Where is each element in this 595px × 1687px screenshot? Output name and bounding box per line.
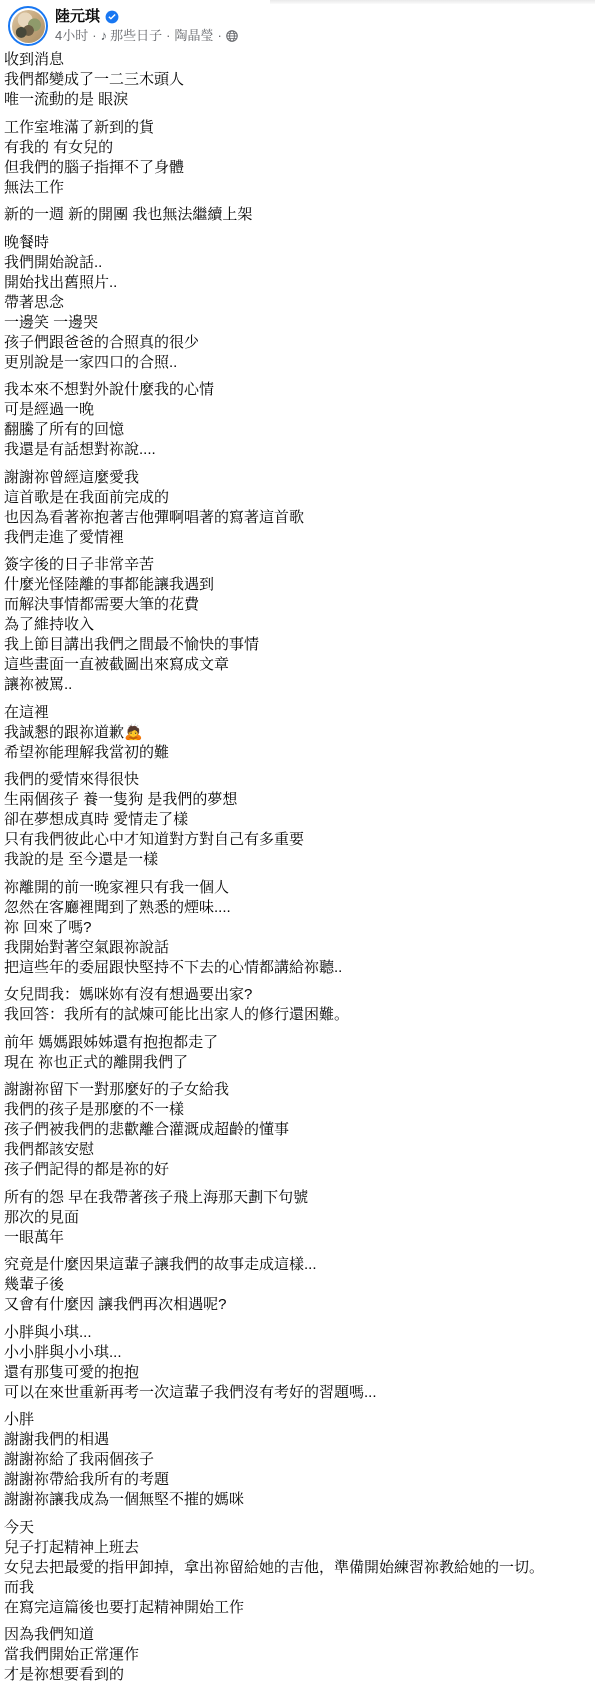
post-line: 而解決事情都需要大筆的花費	[4, 595, 591, 615]
post-line: 我們走進了愛情裡	[4, 528, 591, 548]
author-name[interactable]: 陸元琪	[55, 7, 100, 26]
post-line: 那次的見面	[4, 1208, 591, 1228]
post-line: 有我的 有女兒的	[4, 138, 591, 158]
post-line: 孩子們被我們的悲歡離合灌溉成超齡的懂事	[4, 1120, 591, 1140]
post-header: 陸元琪 4小时 · ♪ 那些日子 · 陶晶瑩 ·	[0, 0, 595, 46]
post-line: 祢離開的前一晚家裡只有我一個人	[4, 878, 591, 898]
post-line: 幾輩子後	[4, 1275, 591, 1295]
post-line: 我還是有話想對祢說....	[4, 440, 591, 460]
post-paragraph: 工作室堆滿了新到的貨有我的 有女兒的但我們的腦子指揮不了身體無法工作	[4, 118, 591, 198]
post-paragraph: 新的一週 新的開團 我也無法繼續上架	[4, 205, 591, 225]
post-paragraph: 謝謝祢曾經這麼愛我這首歌是在我面前完成的也因為看著祢抱著吉他彈啊唱著的寫著這首歌…	[4, 468, 591, 548]
post-line: 我們都變成了一二三木頭人	[4, 70, 591, 90]
avatar-photo	[12, 10, 45, 43]
post-line: 而我	[4, 1578, 591, 1598]
author-name-row: 陸元琪	[55, 7, 238, 26]
post-line: 謝謝我們的相遇	[4, 1430, 591, 1450]
post-line: 我說的是 至今還是一樣	[4, 850, 591, 870]
post-line: 又會有什麼因 讓我們再次相遇呢?	[4, 1295, 591, 1315]
music-note-icon: ♪	[101, 27, 108, 44]
post-line: 我回答：我所有的試煉可能比出家人的修行還困難。	[4, 1005, 591, 1025]
post-line: 女兒去把最愛的指甲卸掉，拿出祢留給她的吉他，準備開始練習祢教給她的一切。	[4, 1558, 591, 1578]
post-line: 忽然在客廳裡聞到了熟悉的煙味....	[4, 898, 591, 918]
post-line: 無法工作	[4, 178, 591, 198]
post-line: 卻在夢想成真時 愛情走了樣	[4, 810, 591, 830]
post-line: 唯一流動的是 眼淚	[4, 90, 591, 110]
post-line: 希望祢能理解我當初的難	[4, 743, 591, 763]
post-line: 讓祢被罵..	[4, 675, 591, 695]
post-line: 我們開始說話..	[4, 253, 591, 273]
post-line: 生兩個孩子 養一隻狗 是我們的夢想	[4, 790, 591, 810]
post-line: 我開始對著空氣跟祢說話	[4, 938, 591, 958]
post-line: 因為我們知道	[4, 1625, 591, 1645]
post-line: 在這裡	[4, 703, 591, 723]
post-line: 帶著思念	[4, 293, 591, 313]
post-line: 謝謝祢帶給我所有的考題	[4, 1470, 591, 1490]
post-line: 小小胖與小小琪...	[4, 1343, 591, 1363]
post-line: 兒子打起精神上班去	[4, 1538, 591, 1558]
cropped-element-edge	[270, 0, 595, 4]
post-line: 前年 媽媽跟姊姊還有抱抱都走了	[4, 1033, 591, 1053]
meta-separator: ·	[92, 27, 96, 44]
meta-separator: ·	[217, 27, 221, 44]
post-line: 更別說是一家四口的合照..	[4, 353, 591, 373]
post-paragraph: 女兒問我：媽咪妳有沒有想過要出家?我回答：我所有的試煉可能比出家人的修行還困難。	[4, 985, 591, 1025]
post-line: 我誠懇的跟祢道歉🙇	[4, 723, 591, 743]
post-paragraph: 今天兒子打起精神上班去女兒去把最愛的指甲卸掉，拿出祢留給她的吉他，準備開始練習祢…	[4, 1518, 591, 1618]
post-paragraph: 謝謝祢留下一對那麼好的子女給我我們的孩子是那麼的不一樣孩子們被我們的悲歡離合灌溉…	[4, 1080, 591, 1180]
post-line: 今天	[4, 1518, 591, 1538]
globe-icon	[226, 30, 238, 42]
post-paragraph: 收到消息我們都變成了一二三木頭人唯一流動的是 眼淚	[4, 50, 591, 110]
post-line: 謝謝祢給了我兩個孩子	[4, 1450, 591, 1470]
post-paragraph: 我本來不想對外說什麼我的心情可是經過一晚翻騰了所有的回憶我還是有話想對祢說...…	[4, 380, 591, 460]
post-line: 我上節目講出我們之間最不愉快的事情	[4, 635, 591, 655]
post-paragraph: 所有的怨 早在我帶著孩子飛上海那天劃下句號那次的見面一眼萬年	[4, 1188, 591, 1248]
post-line: 謝謝祢曾經這麼愛我	[4, 468, 591, 488]
post-line: 小胖	[4, 1410, 591, 1430]
post-line: 所有的怨 早在我帶著孩子飛上海那天劃下句號	[4, 1188, 591, 1208]
post-line: 究竟是什麼因果這輩子讓我們的故事走成這樣...	[4, 1255, 591, 1275]
post-line: 還有那隻可愛的抱抱	[4, 1363, 591, 1383]
post-line: 新的一週 新的開團 我也無法繼續上架	[4, 205, 591, 225]
post-line: 謝謝祢讓我成為一個無堅不摧的媽咪	[4, 1490, 591, 1510]
post-line: 只有我們彼此心中才知道對方對自己有多重要	[4, 830, 591, 850]
post-line: 為了維持收入	[4, 615, 591, 635]
post-line: 當我們開始正常運作	[4, 1645, 591, 1665]
post-line: 但我們的腦子指揮不了身體	[4, 158, 591, 178]
timestamp[interactable]: 4小时	[55, 27, 88, 44]
post-line: 開始找出舊照片..	[4, 273, 591, 293]
post-line: 我本來不想對外說什麼我的心情	[4, 380, 591, 400]
post-line: 這些畫面一直被截圖出來寫成文章	[4, 655, 591, 675]
post-line: 一邊笑 一邊哭	[4, 313, 591, 333]
post-line: 可以在來世重新再考一次這輩子我們沒有考好的習題嗎...	[4, 1383, 591, 1403]
post-meta: 4小时 · ♪ 那些日子 · 陶晶瑩 ·	[55, 27, 238, 44]
post-paragraph: 小胖謝謝我們的相遇謝謝祢給了我兩個孩子謝謝祢帶給我所有的考題謝謝祢讓我成為一個無…	[4, 1410, 591, 1510]
post-line: 孩子們記得的都是祢的好	[4, 1160, 591, 1180]
verified-badge-icon	[105, 10, 119, 24]
post-line: 這首歌是在我面前完成的	[4, 488, 591, 508]
post-line: 可是經過一晚	[4, 400, 591, 420]
post-line: 才是祢想要看到的	[4, 1665, 591, 1685]
post-line: 收到消息	[4, 50, 591, 70]
post-line: 把這些年的委屈跟快堅持不下去的心情都講給祢聽..	[4, 958, 591, 978]
music-title[interactable]: 那些日子	[110, 27, 162, 44]
post-line: 女兒問我：媽咪妳有沒有想過要出家?	[4, 985, 591, 1005]
post-line: 小胖與小琪...	[4, 1323, 591, 1343]
post-line: 祢 回來了嗎?	[4, 918, 591, 938]
post-line: 現在 祢也正式的離開我們了	[4, 1053, 591, 1073]
post-paragraph: 因為我們知道當我們開始正常運作才是祢想要看到的	[4, 1625, 591, 1685]
post-line: 一眼萬年	[4, 1228, 591, 1248]
post-line: 晚餐時	[4, 233, 591, 253]
post-paragraph: 小胖與小琪...小小胖與小小琪...還有那隻可愛的抱抱可以在來世重新再考一次這輩…	[4, 1323, 591, 1403]
post-paragraph: 晚餐時我們開始說話..開始找出舊照片..帶著思念一邊笑 一邊哭孩子們跟爸爸的合照…	[4, 233, 591, 373]
post-paragraph: 簽字後的日子非常辛苦什麼光怪陸離的事都能讓我遇到而解決事情都需要大筆的花費為了維…	[4, 555, 591, 695]
post-paragraph: 在這裡我誠懇的跟祢道歉🙇希望祢能理解我當初的難	[4, 703, 591, 763]
post-line: 孩子們跟爸爸的合照真的很少	[4, 333, 591, 353]
post-line: 什麼光怪陸離的事都能讓我遇到	[4, 575, 591, 595]
post-line: 在寫完這篇後也要打起精神開始工作	[4, 1598, 591, 1618]
post-paragraph: 前年 媽媽跟姊姊還有抱抱都走了現在 祢也正式的離開我們了	[4, 1033, 591, 1073]
post-line: 簽字後的日子非常辛苦	[4, 555, 591, 575]
post-line: 我們的愛情來得很快	[4, 770, 591, 790]
post-paragraph: 我們的愛情來得很快生兩個孩子 養一隻狗 是我們的夢想卻在夢想成真時 愛情走了樣只…	[4, 770, 591, 870]
post-paragraph: 究竟是什麼因果這輩子讓我們的故事走成這樣...幾輩子後又會有什麼因 讓我們再次相…	[4, 1255, 591, 1315]
post-line: 工作室堆滿了新到的貨	[4, 118, 591, 138]
post-paragraph: 祢離開的前一晚家裡只有我一個人忽然在客廳裡聞到了熟悉的煙味....祢 回來了嗎?…	[4, 878, 591, 978]
post-line: 謝謝祢留下一對那麼好的子女給我	[4, 1080, 591, 1100]
post-text: 收到消息我們都變成了一二三木頭人唯一流動的是 眼淚工作室堆滿了新到的貨有我的 有…	[0, 46, 595, 1685]
post-line: 我們的孩子是那麼的不一樣	[4, 1100, 591, 1120]
header-text: 陸元琪 4小时 · ♪ 那些日子 · 陶晶瑩 ·	[55, 6, 238, 44]
post-line: 我們都該安慰	[4, 1140, 591, 1160]
meta-separator: ·	[166, 27, 170, 44]
avatar[interactable]	[8, 6, 48, 46]
music-artist[interactable]: 陶晶瑩	[174, 27, 213, 44]
post-line: 翻騰了所有的回憶	[4, 420, 591, 440]
post-line: 也因為看著祢抱著吉他彈啊唱著的寫著這首歌	[4, 508, 591, 528]
